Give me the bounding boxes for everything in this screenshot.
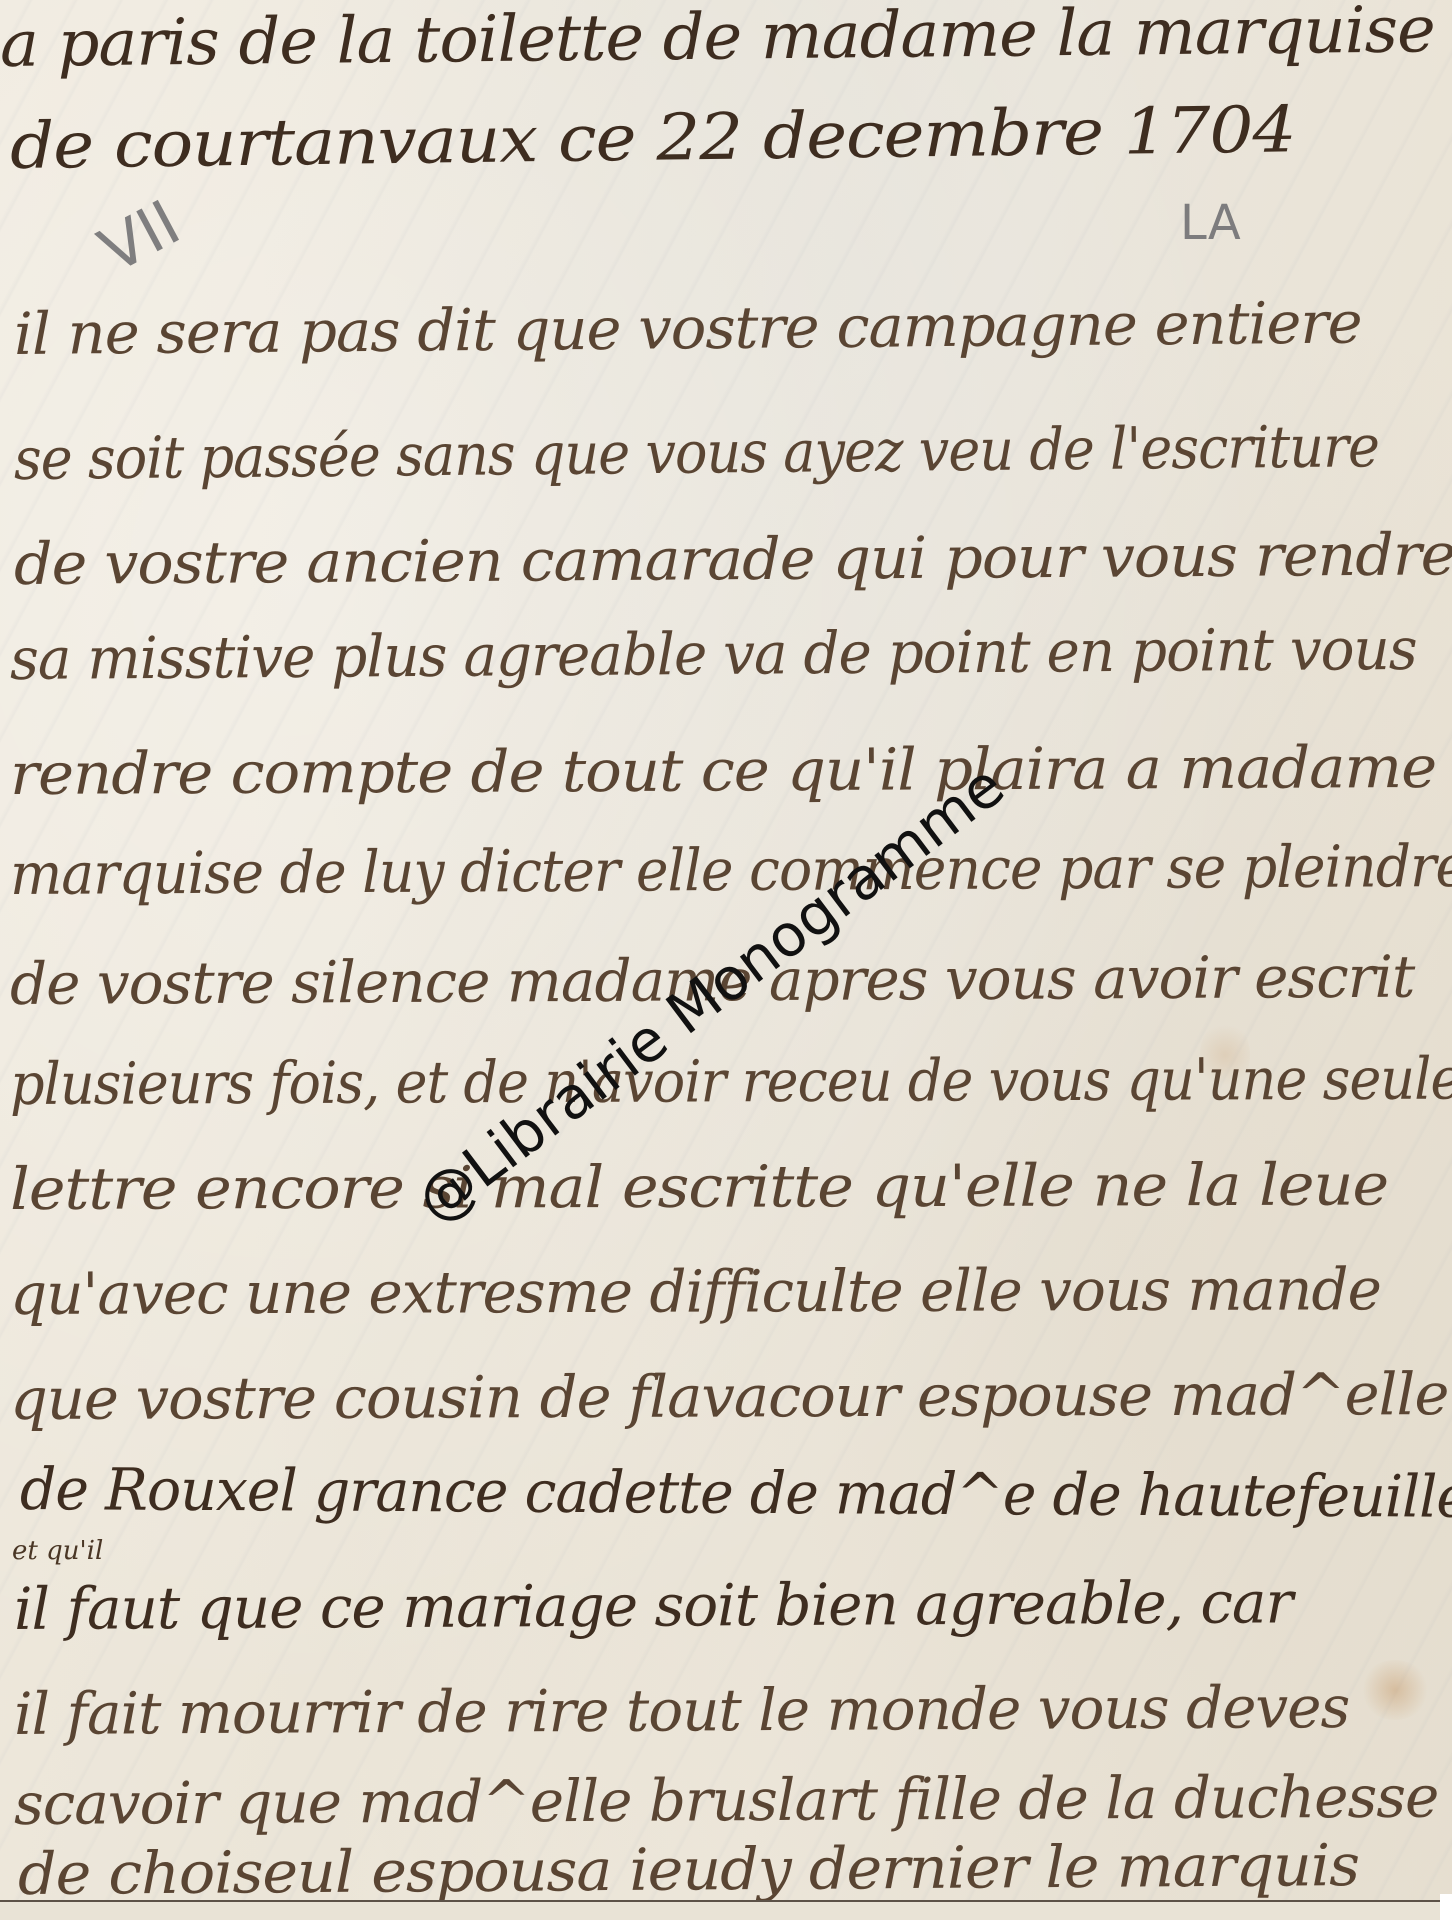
body-line: scavoir que mad^elle bruslart fille de l… xyxy=(14,1763,1439,1838)
body-line: qu'avec une extresme difficulte elle vou… xyxy=(10,1255,1381,1328)
body-line: marquise de luy dicter elle commence par… xyxy=(10,832,1452,908)
body-line: rendre compte de tout ce qu'il plaira a … xyxy=(10,733,1452,808)
heading-line-2: de courtanvaux ce 22 decembre 1704 xyxy=(9,93,1295,184)
body-line: que vostre cousin de flavacour espouse m… xyxy=(10,1360,1449,1433)
pencil-roman-numeral: VII xyxy=(87,186,191,288)
body-line: de vostre ancien camarade qui pour vous … xyxy=(14,520,1452,598)
foxing-stain xyxy=(1360,1660,1430,1720)
manuscript-page: a paris de la toilette de madame la marq… xyxy=(0,0,1452,1920)
body-line: de choiseul espousa ieudy dernier le mar… xyxy=(18,1831,1359,1908)
scan-corner xyxy=(1440,1894,1452,1920)
pencil-initials: LA xyxy=(1180,195,1241,251)
body-line: il ne sera pas dit que vostre campagne e… xyxy=(14,288,1362,368)
body-line: se soit passée sans que vous ayez veu de… xyxy=(14,412,1379,493)
body-line: il faut que ce mariage soit bien agreabl… xyxy=(14,1568,1293,1643)
body-line: il fait mourrir de rire tout le monde vo… xyxy=(14,1673,1350,1748)
body-line: de Rouxel grance cadette de mad^e de hau… xyxy=(20,1455,1452,1531)
margin-insertion: et qu'il xyxy=(12,1538,103,1564)
body-line: sa misstive plus agreable va de point en… xyxy=(10,615,1417,693)
body-line: plusieurs fois, et de n'avoir receu de v… xyxy=(10,1045,1452,1118)
page-bottom-edge xyxy=(0,1900,1440,1920)
heading-line-1: a paris de la toilette de madame la marq… xyxy=(0,0,1435,82)
body-line: lettre encore si mal escritte qu'elle ne… xyxy=(10,1151,1388,1223)
